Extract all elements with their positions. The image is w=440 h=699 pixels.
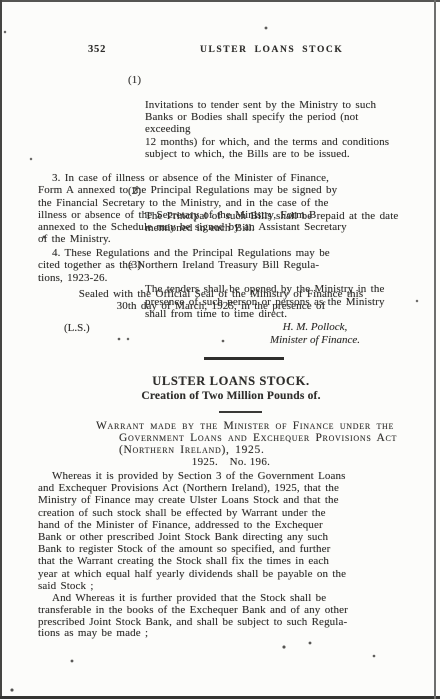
scanned-document-page: 352 ULSTER LOANS STOCK (1) Invitations t… [0, 0, 440, 699]
list-item-text: Invitations to tender sent by the Minist… [145, 99, 404, 160]
running-header: ULSTER LOANS STOCK [200, 45, 343, 55]
signature-title: Minister of Finance. [251, 334, 379, 347]
scan-border-right [434, 0, 436, 699]
signature-block: H. M. Pollock, Minister of Finance. [251, 321, 379, 346]
title-divider-rule [219, 411, 262, 413]
instrument-number: 1925. No. 196. [38, 456, 424, 468]
and-whereas-paragraph: And Whereas it is further provided that … [38, 593, 404, 640]
list-item: (1) Invitations to tender sent by the Mi… [128, 74, 404, 172]
stock-subtitle: Creation of Two Million Pounds of. [38, 389, 424, 404]
signature-name: H. M. Pollock, [251, 321, 379, 334]
page-number: 352 [88, 44, 106, 55]
clause-3-paragraph: 3. In case of illness or absence of the … [38, 172, 404, 246]
scan-border-left [0, 0, 2, 699]
section-divider-rule [204, 357, 284, 360]
clause-4-paragraph: 4. These Regulations and the Principal R… [38, 247, 404, 284]
scan-noise-specks [0, 0, 2, 2]
whereas-paragraph: Whereas it is provided by Section 3 of t… [38, 470, 404, 592]
seal-mark: (L.S.) [64, 322, 90, 334]
stock-title-block: ULSTER LOANS STOCK. Creation of Two Mill… [38, 374, 424, 404]
warrant-heading: Warrant made by the Minister of Finance … [96, 421, 431, 456]
scan-border-top [0, 0, 440, 2]
list-item-marker: (1) [128, 74, 141, 86]
stock-title: ULSTER LOANS STOCK. [38, 374, 424, 389]
sealing-statement: Sealed with the Official Seal of the Min… [38, 288, 404, 313]
